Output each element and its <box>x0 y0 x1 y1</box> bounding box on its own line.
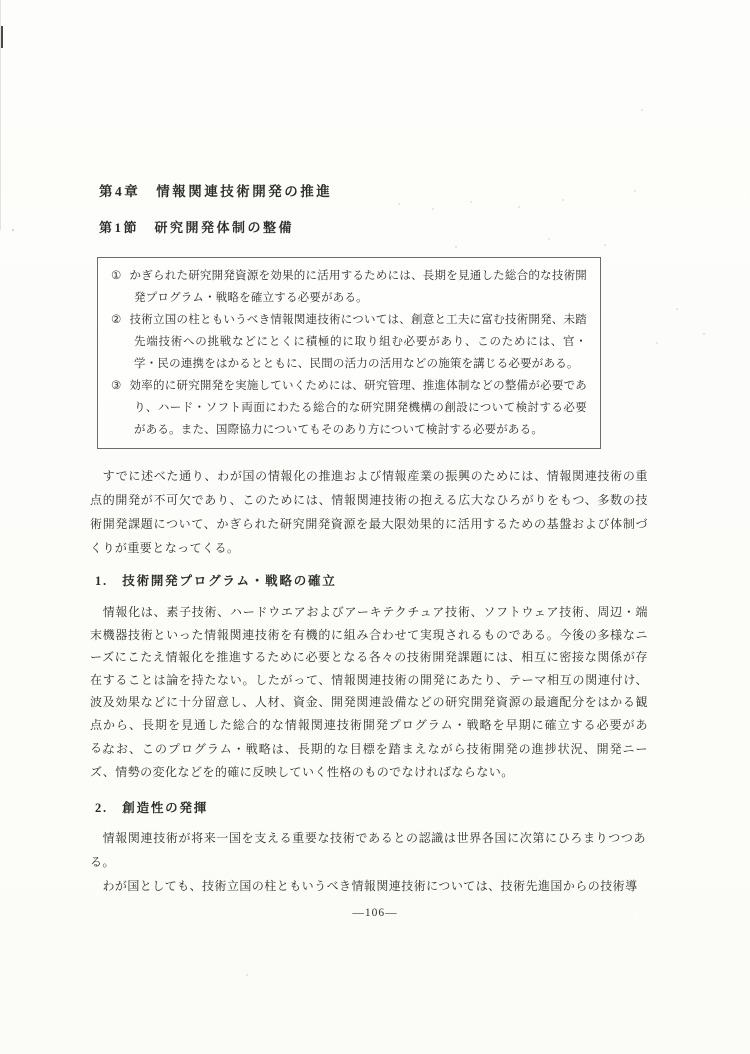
scan-noise <box>703 333 705 335</box>
item-text: 効率的に研究開発を実施していくためには、研究管理、推進体制などの整備が必要であり… <box>130 380 587 436</box>
item-text: 技術立国の柱ともいうべき情報関連技術については、創意と工夫に富む技術開発、未踏先… <box>130 314 587 370</box>
subsection-1-paragraph-2: なお、このプログラム・戦略は、長期的な目標を踏まえながら技術開発の進捗状況、開発… <box>90 738 648 783</box>
summary-box: ①かぎられた研究開発資源を効果的に活用するためには、長期を見通した総合的な技術開… <box>97 257 601 449</box>
scan-noise <box>634 190 636 192</box>
chapter-heading: 第4章 情報関連技術開発の推進 <box>99 180 332 200</box>
summary-item-1: ①かぎられた研究開発資源を効果的に活用するためには、長期を見通した総合的な技術開… <box>111 265 587 309</box>
subsection-1-paragraph-1: 情報化は、素子技術、ハードウエアおよびアーキテクチュア技術、ソフトウェア技術、周… <box>90 601 648 759</box>
subsection-2-heading: 2. 創造性の発揮 <box>95 798 208 816</box>
scan-noise <box>398 203 400 205</box>
summary-item-3: ③効率的に研究開発を実施していくためには、研究管理、推進体制などの整備が必要であ… <box>111 375 587 441</box>
scan-noise <box>12 229 14 231</box>
scan-noise <box>676 308 678 310</box>
subsection-2-paragraph-2: わが国としても、技術立国の柱ともいうべき情報関連技術については、技術先進国からの… <box>90 875 648 898</box>
page-number: —106— <box>0 907 750 919</box>
scan-edge-mark <box>1 26 3 48</box>
item-text: かぎられた研究開発資源を効果的に活用するためには、長期を見通した総合的な技術開発… <box>130 270 587 304</box>
item-number: ① <box>111 270 130 282</box>
document-page: 第4章 情報関連技術開発の推進 第1節 研究開発体制の整備 ①かぎられた研究開発… <box>0 0 750 1054</box>
summary-item-2: ②技術立国の柱ともいうべき情報関連技術については、創意と工夫に富む技術開発、未踏… <box>111 309 587 375</box>
scan-noise <box>548 238 550 240</box>
section-heading: 第1節 研究開発体制の整備 <box>99 217 294 236</box>
subsection-2-paragraph-1: 情報関連技術が将来一国を支える重要な技術であるとの認識は世界各国に次第にひろまり… <box>90 827 646 874</box>
subsection-1-heading: 1. 技術開発プログラム・戦略の確立 <box>95 571 337 589</box>
scan-noise <box>562 199 564 201</box>
scan-noise <box>470 201 472 203</box>
item-number: ③ <box>111 380 130 392</box>
scan-noise <box>604 244 606 246</box>
scan-noise <box>656 342 658 344</box>
scan-noise <box>641 109 643 111</box>
item-number: ② <box>111 314 130 326</box>
scan-noise <box>432 208 434 210</box>
intro-paragraph: すでに述べた通り、わが国の情報化の推進および情報産業の振興のためには、情報関連技… <box>90 464 648 560</box>
scan-noise <box>246 974 248 976</box>
scan-noise <box>455 246 457 248</box>
scan-noise <box>518 206 520 208</box>
